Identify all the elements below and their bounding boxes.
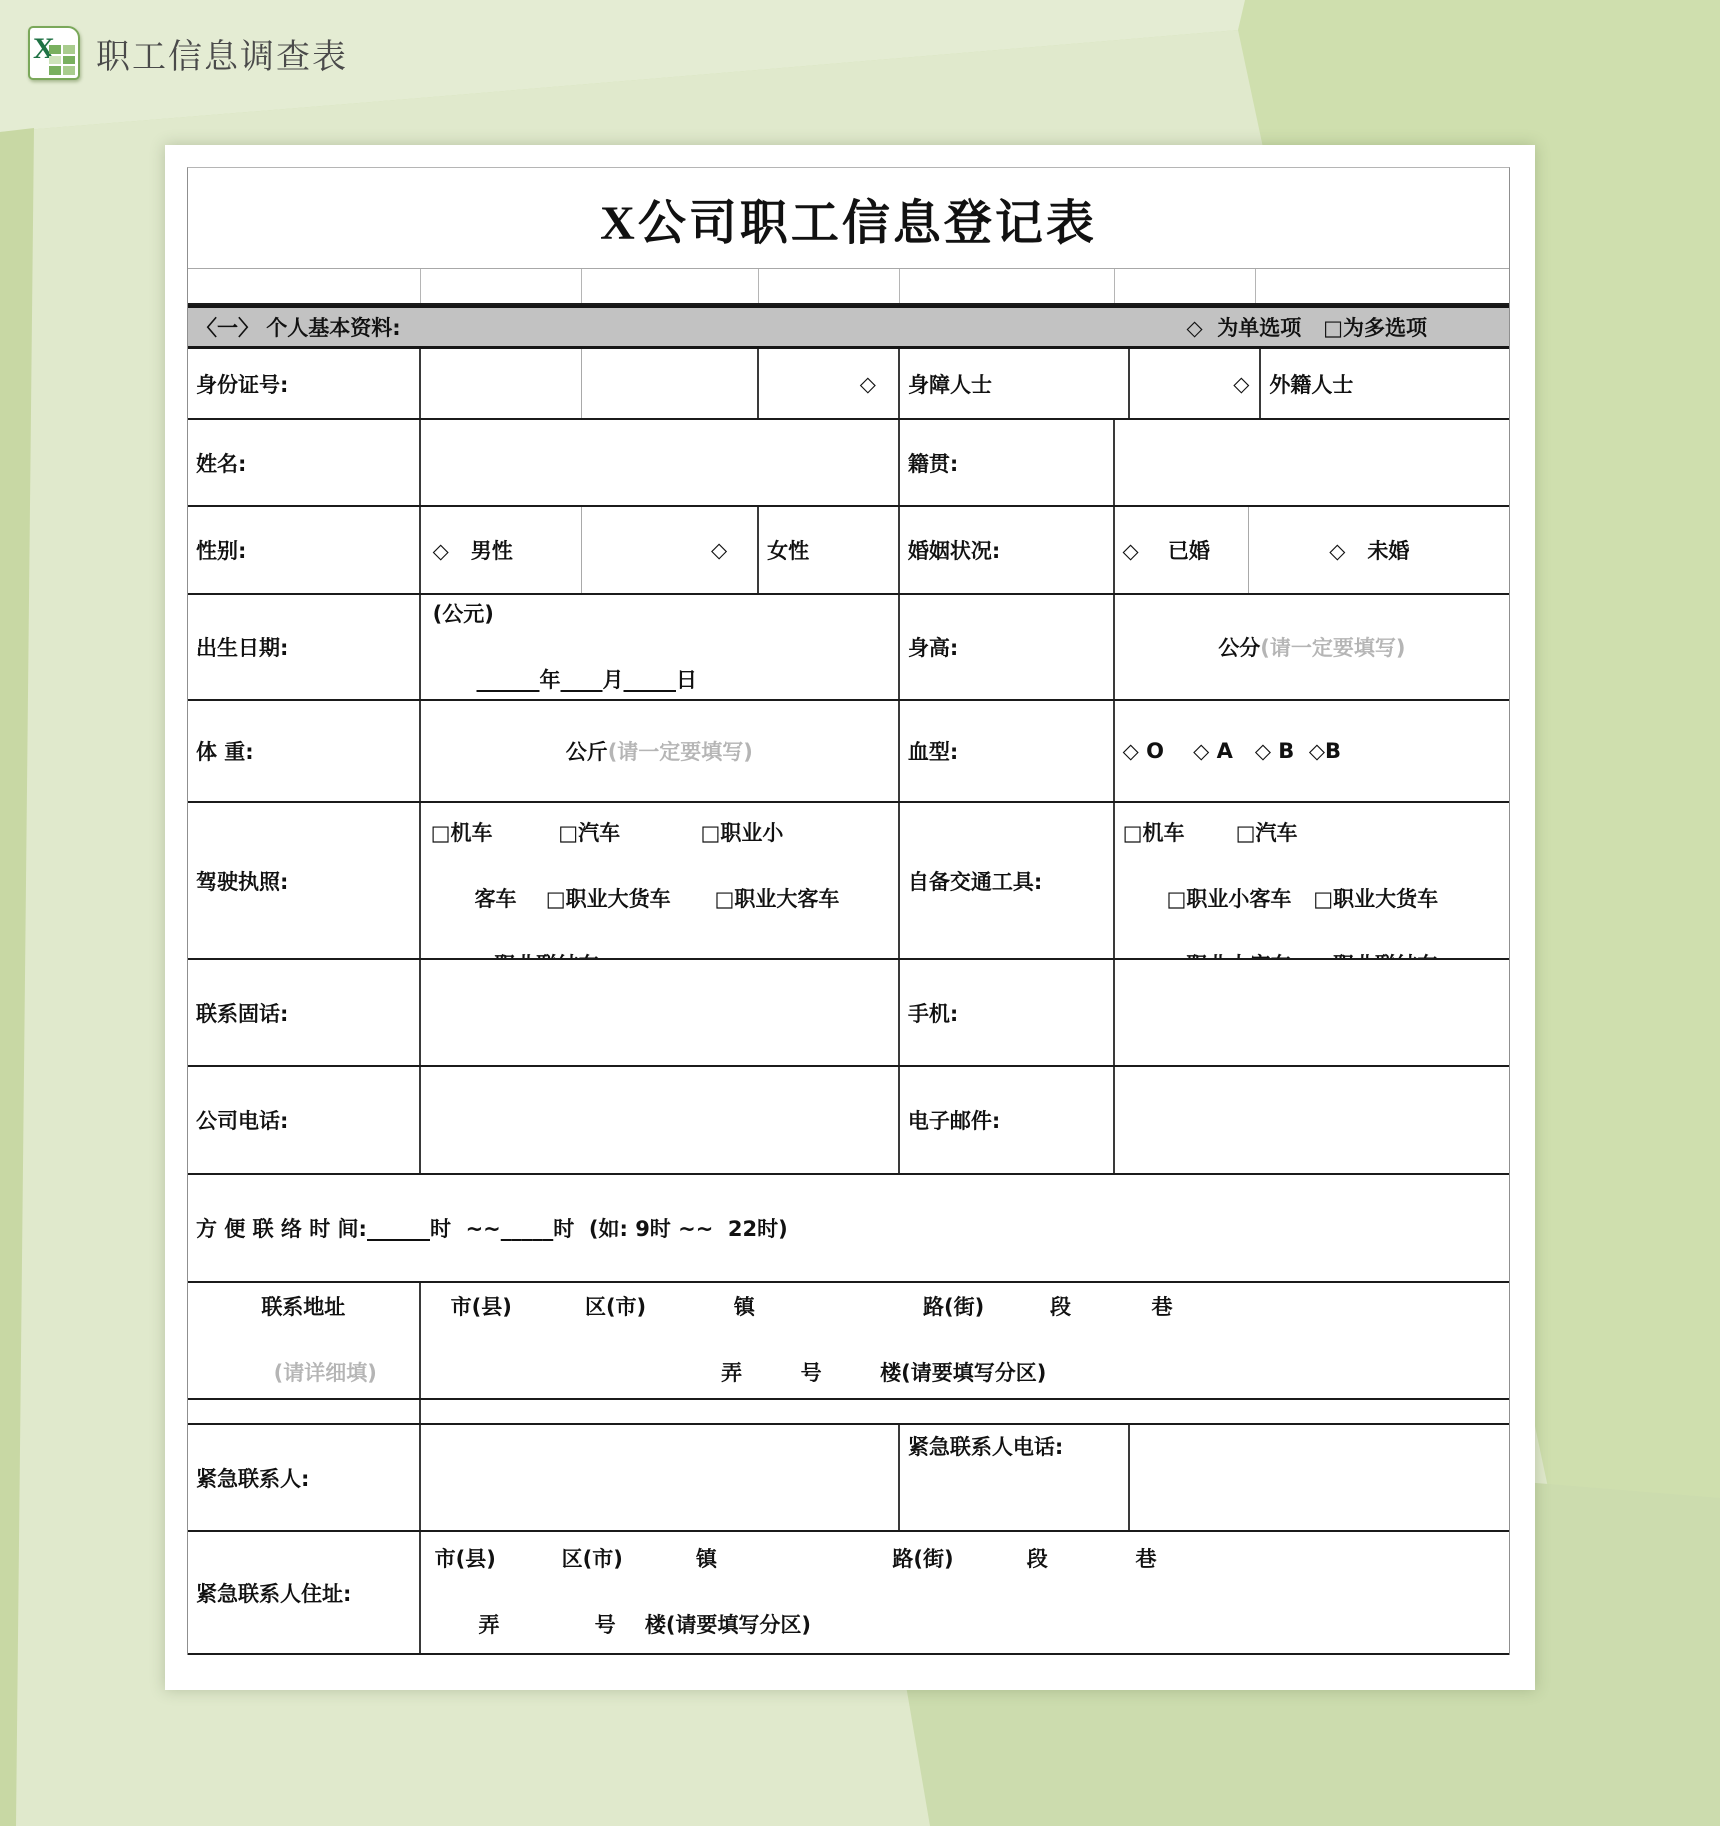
emergency-address-input[interactable]: 市(县) 区(市) 镇 路(街) 段 巷 弄 号 楼(请要填写分区): [421, 1532, 1509, 1653]
contact-address-hint: (请详细填): [274, 1361, 377, 1385]
weight-unit: 公斤: [566, 736, 608, 766]
landline-label: 联系固话:: [188, 960, 421, 1065]
disabled-option-diamond[interactable]: ◇: [759, 349, 900, 418]
weight-input[interactable]: 公斤(请一定要填写): [421, 701, 900, 801]
email-label: 电子邮件:: [900, 1067, 1115, 1173]
contact-address-label: 联系地址 (请详细填): [188, 1283, 421, 1398]
height-label: 身高:: [900, 595, 1115, 699]
female-option-label: 女性: [759, 507, 900, 593]
name-row: 姓名: 籍贯:: [188, 420, 1509, 507]
contact-time-text[interactable]: 方 便 联 络 时 间:______时 ~~_____时 (如: 9时 ~~ 2…: [188, 1175, 1509, 1281]
section-legend: ◇ 为单选项 □为多选项: [1186, 312, 1509, 342]
form-title: X公司职工信息登记表: [188, 168, 1509, 268]
weight-label: 体 重:: [188, 701, 421, 801]
origin-label: 籍贯:: [900, 420, 1115, 505]
id-number-input[interactable]: [421, 349, 583, 418]
excel-file-icon: X: [28, 26, 80, 80]
male-option[interactable]: ◇ 男性: [421, 507, 583, 593]
email-input[interactable]: [1115, 1067, 1509, 1173]
female-option-diamond[interactable]: ◇: [582, 507, 759, 593]
foreigner-option-diamond[interactable]: ◇: [1130, 349, 1262, 418]
origin-input[interactable]: [1115, 420, 1509, 505]
contact-time-row: 方 便 联 络 时 间:______时 ~~_____时 (如: 9时 ~~ 2…: [188, 1175, 1509, 1283]
gender-label: 性别:: [188, 507, 421, 593]
section-header-row: 〈一〉 个人基本资料: ◇ 为单选项 □为多选项: [188, 305, 1509, 349]
weight-row: 体 重: 公斤(请一定要填写) 血型: ◇ O ◇ A ◇ B ◇B: [188, 701, 1509, 803]
height-hint: (请一定要填写): [1260, 632, 1405, 662]
blank-row: [188, 1400, 1509, 1425]
married-option[interactable]: ◇ 已婚: [1115, 507, 1250, 593]
drivers-license-options[interactable]: □机车 □汽车 □职业小 客车 □职业大货车 □职业大客车 □职业联结车: [421, 803, 900, 958]
gender-row: 性别: ◇ 男性 ◇ 女性 婚姻状况: ◇ 已婚 ◇ 未婚: [188, 507, 1509, 595]
landline-input[interactable]: [421, 960, 900, 1065]
drivers-license-row: 驾驶执照: □机车 □汽车 □职业小 客车 □职业大货车 □职业大客车 □职业联…: [188, 803, 1509, 960]
emergency-phone-input[interactable]: [1130, 1425, 1509, 1530]
emergency-contact-input[interactable]: [421, 1425, 900, 1530]
excel-icon-grid: [49, 45, 75, 75]
company-phone-row: 公司电话: 电子邮件:: [188, 1067, 1509, 1175]
name-input[interactable]: [421, 420, 900, 505]
id-number-row: 身份证号: ◇ 身障人士 ◇ 外籍人士: [188, 349, 1509, 420]
own-transport-label: 自备交通工具:: [900, 803, 1115, 958]
emergency-address-label: 紧急联系人住址:: [188, 1532, 421, 1653]
own-transport-options[interactable]: □机车 □汽车 □职业小客车 □职业大货车 □职业大客车 □职业联结车: [1115, 803, 1509, 958]
id-number-input[interactable]: [582, 349, 759, 418]
spacer-row: [188, 269, 1509, 305]
mobile-label: 手机:: [900, 960, 1115, 1065]
disabled-option-label: 身障人士: [900, 349, 1130, 418]
mobile-input[interactable]: [1115, 960, 1509, 1065]
page-header: X 职工信息调查表: [28, 26, 348, 80]
registration-form-table: X公司职工信息登记表 〈一〉 个人基本资料: ◇ 为单选项 □为多选项 身份证号…: [187, 167, 1510, 1655]
blood-type-label: 血型:: [900, 701, 1115, 801]
blood-type-options[interactable]: ◇ O ◇ A ◇ B ◇B: [1115, 701, 1509, 801]
birth-date-label: 出生日期:: [188, 595, 421, 699]
marital-status-label: 婚姻状况:: [900, 507, 1115, 593]
section-label: 〈一〉 个人基本资料:: [196, 312, 401, 342]
drivers-license-label: 驾驶执照:: [188, 803, 421, 958]
contact-address-input[interactable]: 市(县) 区(市) 镇 路(街) 段 巷 弄 号 楼(请要填写分区): [421, 1283, 1509, 1398]
height-input[interactable]: 公分(请一定要填写): [1115, 595, 1509, 699]
landline-row: 联系固话: 手机:: [188, 960, 1509, 1067]
form-title-row: X公司职工信息登记表: [188, 168, 1509, 269]
height-unit: 公分: [1218, 632, 1260, 662]
unmarried-option[interactable]: ◇ 未婚: [1249, 507, 1509, 593]
emergency-contact-label: 紧急联系人:: [188, 1425, 421, 1530]
company-phone-input[interactable]: [421, 1067, 900, 1173]
emergency-phone-label: 紧急联系人电话:: [900, 1425, 1130, 1530]
emergency-address-row: 紧急联系人住址: 市(县) 区(市) 镇 路(街) 段 巷 弄 号 楼(请要填写…: [188, 1532, 1509, 1655]
id-number-label: 身份证号:: [188, 349, 421, 418]
emergency-contact-row: 紧急联系人: 紧急联系人电话:: [188, 1425, 1509, 1532]
weight-hint: (请一定要填写): [608, 736, 753, 766]
birth-date-input[interactable]: (公元) ______年____月_____日: [421, 595, 900, 699]
page-title: 职工信息调查表: [96, 29, 348, 78]
birth-date-row: 出生日期: (公元) ______年____月_____日 身高: 公分(请一定…: [188, 595, 1509, 701]
form-card: X公司职工信息登记表 〈一〉 个人基本资料: ◇ 为单选项 □为多选项 身份证号…: [165, 145, 1535, 1690]
name-label: 姓名:: [188, 420, 421, 505]
foreigner-option-label: 外籍人士: [1261, 349, 1509, 418]
company-phone-label: 公司电话:: [188, 1067, 421, 1173]
contact-address-row: 联系地址 (请详细填) 市(县) 区(市) 镇 路(街) 段 巷 弄 号 楼(请…: [188, 1283, 1509, 1400]
